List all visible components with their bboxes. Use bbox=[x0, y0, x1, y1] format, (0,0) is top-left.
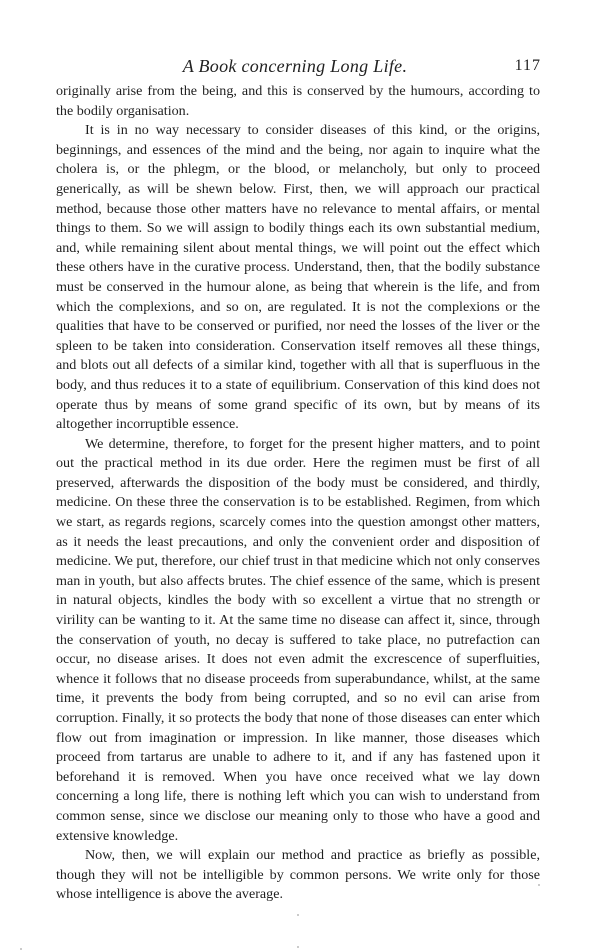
scan-speck bbox=[297, 914, 299, 916]
book-page: A Book concerning Long Life. 117 origina… bbox=[0, 0, 591, 950]
running-title: A Book concerning Long Life. bbox=[175, 56, 415, 77]
running-head: A Book concerning Long Life. 117 bbox=[55, 56, 541, 80]
scan-speck bbox=[538, 884, 540, 886]
paragraph-continuation: originally arise from the being, and thi… bbox=[56, 82, 540, 121]
page-number: 117 bbox=[515, 57, 541, 75]
scan-speck bbox=[297, 946, 299, 948]
body-text: originally arise from the being, and thi… bbox=[56, 82, 540, 905]
paragraph: We determine, therefore, to forget for t… bbox=[56, 435, 540, 846]
paragraph: Now, then, we will explain our method an… bbox=[56, 846, 540, 905]
paragraph: It is in no way necessary to consider di… bbox=[56, 121, 540, 435]
